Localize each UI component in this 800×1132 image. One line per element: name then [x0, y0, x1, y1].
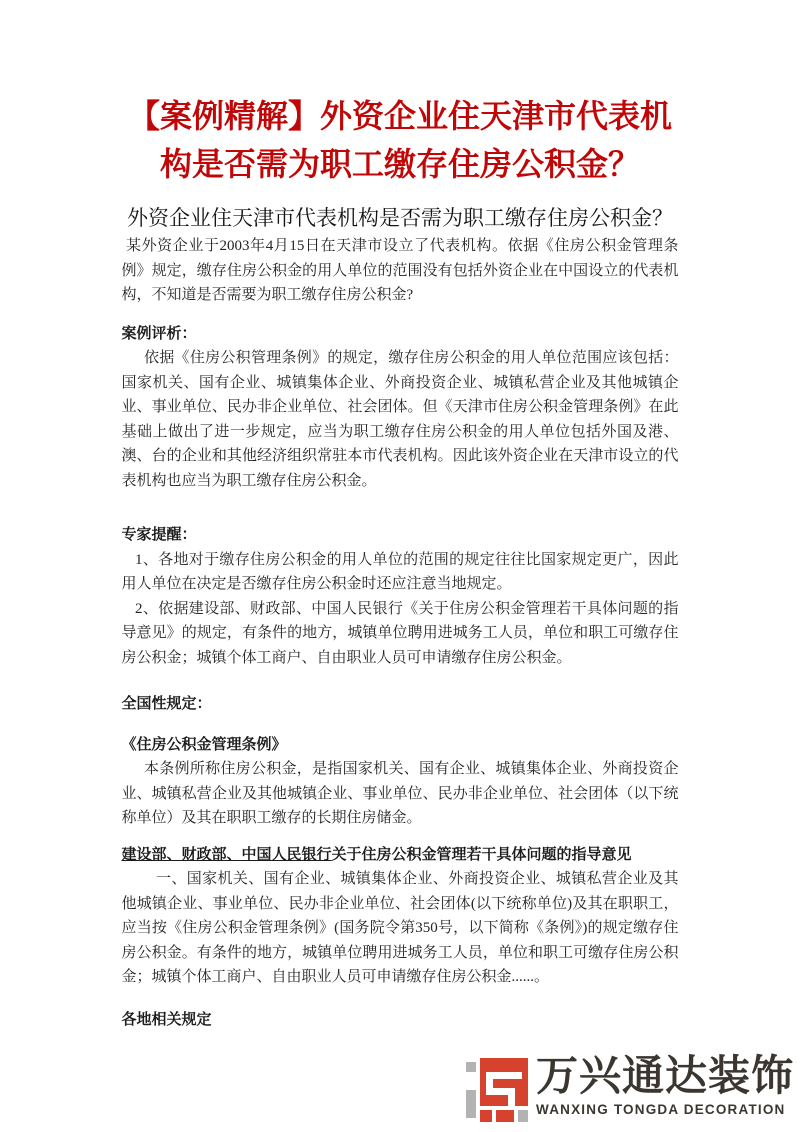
- logo-name-english: WANXING TONGDA DECORATION: [536, 1102, 794, 1118]
- logo-icon: [466, 1052, 528, 1128]
- logo-icon-maze-bar-3: [493, 1088, 515, 1095]
- guidance-heading: 建设部、财政部、中国人民银行关于住房公积金管理若干具体问题的指导意见: [122, 843, 679, 868]
- guidance-paragraph: 一、国家机关、国有企业、城镇集体企业、外商投资企业、城镇私营企业及其他城镇企业、…: [122, 867, 679, 990]
- logo-icon-maze-bar-2: [486, 1079, 493, 1095]
- logo-icon-maze-bar-1: [486, 1072, 522, 1079]
- logo-icon-red-bar-bottom: [496, 1110, 514, 1122]
- logo-icon-gray-square-bottom: [518, 1110, 528, 1122]
- logo-icon-red-square-bottom: [480, 1110, 492, 1122]
- case-analysis-heading: 案例评析：: [122, 322, 679, 347]
- company-logo: 万兴通达装饰 WANXING TONGDA DECORATION: [466, 1052, 794, 1128]
- regulation-title: 《住房公积金管理条例》: [122, 733, 679, 758]
- article-body: 某外资企业于2003年4月15日在天津市设立了代表机构。依据《住房公积金管理条例…: [122, 234, 679, 1032]
- logo-icon-maze-bar-4: [508, 1095, 515, 1106]
- case-analysis-paragraph: 依据《住房公积管理条例》的规定，缴存住房公积金的用人单位范围应该包括：国家机关、…: [122, 346, 679, 493]
- local-rules-heading: 各地相关规定: [122, 1008, 679, 1033]
- expert-tips-heading: 专家提醒：: [122, 523, 679, 548]
- logo-text-block: 万兴通达装饰 WANXING TONGDA DECORATION: [536, 1052, 794, 1118]
- intro-paragraph: 某外资企业于2003年4月15日在天津市设立了代表机构。依据《住房公积金管理条例…: [122, 234, 679, 308]
- page-title: 【案例精解】外资企业住天津市代表机构是否需为职工缴存住房公积金？: [117, 92, 683, 188]
- guidance-heading-agencies: 建设部、财政部、中国人民银行: [122, 846, 332, 863]
- logo-icon-gray-square-top: [466, 1062, 476, 1072]
- guidance-heading-rest: 关于住房公积金管理若干具体问题的指导意见: [332, 846, 632, 863]
- document-page: 【案例精解】外资企业住天津市代表机构是否需为职工缴存住房公积金？ 外资企业住天津…: [0, 0, 800, 1132]
- page-subtitle: 外资企业住天津市代表机构是否需为职工缴存住房公积金？: [80, 204, 720, 234]
- expert-tip-item-1: 1、各地对于缴存住房公积金的用人单位的范围的规定往往比国家规定更广，因此用人单位…: [122, 548, 679, 597]
- logo-icon-gray-bar-left: [466, 1090, 476, 1118]
- logo-name-chinese: 万兴通达装饰: [536, 1052, 794, 1100]
- expert-tip-item-2: 2、依据建设部、财政部、中国人民银行《关于住房公积金管理若干具体问题的指导意见》…: [122, 597, 679, 671]
- regulation-paragraph: 本条例所称住房公积金，是指国家机关、国有企业、城镇集体企业、外商投资企业、城镇私…: [122, 757, 679, 831]
- national-rules-heading: 全国性规定：: [122, 692, 679, 717]
